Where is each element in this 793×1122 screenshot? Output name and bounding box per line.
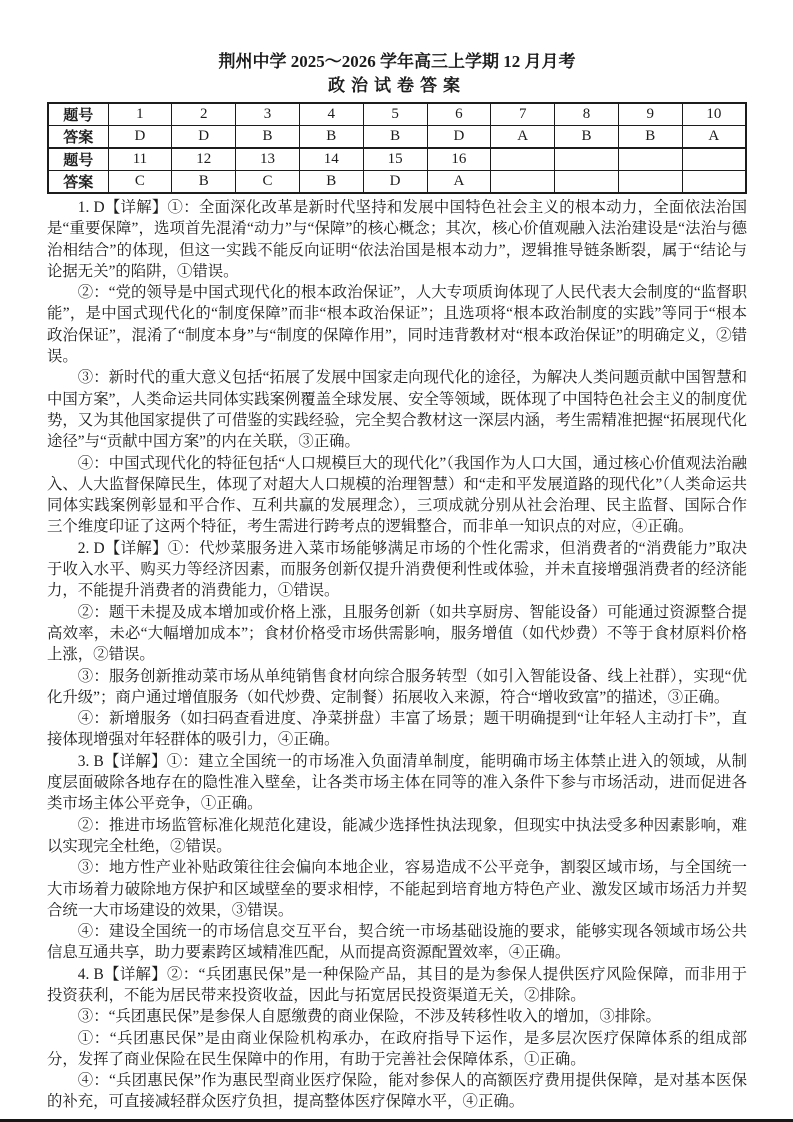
explanation-paragraph: ③：地方性产业补贴政策往往会偏向本地企业，容易造成不公平竞争，割裂区域市场，与全… xyxy=(47,857,747,921)
page-title: 荆州中学 2025～2026 学年高三上学期 12 月月考 xyxy=(47,50,747,74)
answer-cell: B xyxy=(555,126,619,149)
answer-cell xyxy=(682,171,746,194)
answer-cell: C xyxy=(236,171,300,194)
answer-cell: 9 xyxy=(618,103,682,126)
answer-cell xyxy=(618,148,682,171)
explanation-paragraph: ①：“兵团惠民保”是由商业保险机构承办，在政府指导下运作，是多层次医疗保障体系的… xyxy=(47,1028,747,1071)
row-label: 题号 xyxy=(48,148,108,171)
explanation-paragraph: ②：题干未提及成本增加或价格上涨，且服务创新（如共享厨房、智能设备）可能通过资源… xyxy=(47,602,747,666)
answer-cell: A xyxy=(427,171,491,194)
row-label: 题号 xyxy=(48,103,108,126)
explanation-paragraph: ④：“兵团惠民保”作为惠民型商业医疗保险，能对参保人的高额医疗费用提供保障，是对… xyxy=(47,1070,747,1113)
answer-cell: A xyxy=(491,126,555,149)
answer-cell: 14 xyxy=(299,148,363,171)
answer-cell: 15 xyxy=(363,148,427,171)
answer-cell: 12 xyxy=(172,148,236,171)
answer-cell: B xyxy=(236,126,300,149)
answer-cell: C xyxy=(108,171,172,194)
explanation-paragraph: ②：“党的领导是中国式现代化的根本政治保证”，人大专项质询体现了人民代表大会制度… xyxy=(47,282,747,367)
answer-cell xyxy=(555,171,619,194)
explanation-paragraph: 4. B【详解】②：“兵团惠民保”是一种保险产品，其目的是为参保人提供医疗风险保… xyxy=(47,964,747,1007)
table-row: 答案DDBBBDABBA xyxy=(48,126,746,149)
explanation-paragraph: ②：推进市场监管标准化规范化建设，能减少选择性执法现象，但现实中执法受多种因素影… xyxy=(47,815,747,858)
answer-cell: 2 xyxy=(172,103,236,126)
answer-cell: B xyxy=(618,126,682,149)
explanation-paragraph: ④：新增服务（如扫码查看进度、净菜拼盘）丰富了场景；题干明确提到“让年轻人主动打… xyxy=(47,708,747,751)
answer-cell: D xyxy=(427,126,491,149)
answer-cell: 1 xyxy=(108,103,172,126)
row-label: 答案 xyxy=(48,171,108,194)
answer-cell: 8 xyxy=(555,103,619,126)
answer-cell: 7 xyxy=(491,103,555,126)
explanation-paragraph: 3. B【详解】①：建立全国统一的市场准入负面清单制度，能明确市场主体禁止进入的… xyxy=(47,751,747,815)
table-row: 答案CBCBDA xyxy=(48,171,746,194)
answer-cell: 10 xyxy=(682,103,746,126)
answer-table: 题号12345678910答案DDBBBDABBA题号111213141516答… xyxy=(47,102,747,194)
answer-cell: 4 xyxy=(299,103,363,126)
explanation-paragraph: ④：中国式现代化的特征包括“人口规模巨大的现代化”（我国作为人口大国，通过核心价… xyxy=(47,453,747,538)
answer-cell xyxy=(682,148,746,171)
answer-cell: B xyxy=(299,126,363,149)
answer-cell: 11 xyxy=(108,148,172,171)
answer-cell xyxy=(555,148,619,171)
table-row: 题号12345678910 xyxy=(48,103,746,126)
table-row: 题号111213141516 xyxy=(48,148,746,171)
answer-cell: B xyxy=(299,171,363,194)
answer-cell: 13 xyxy=(236,148,300,171)
answer-cell: B xyxy=(363,126,427,149)
answer-cell: A xyxy=(682,126,746,149)
answer-cell xyxy=(491,171,555,194)
answer-cell: B xyxy=(172,171,236,194)
explanation-paragraph: 2. D【详解】①：代炒菜服务进入菜市场能够满足市场的个性化需求，但消费者的“消… xyxy=(47,538,747,602)
explanations: 1. D【详解】①：全面深化改革是新时代坚持和发展中国特色社会主义的根本动力，全… xyxy=(47,197,747,1113)
answer-cell: D xyxy=(363,171,427,194)
explanation-paragraph: ③：新时代的重大意义包括“拓展了发展中国家走向现代化的途径，为解决人类问题贡献中… xyxy=(47,367,747,452)
answer-cell: 5 xyxy=(363,103,427,126)
explanation-paragraph: ③：服务创新推动菜市场从单纯销售食材向综合服务转型（如引入智能设备、线上社群），… xyxy=(47,666,747,709)
answer-cell: D xyxy=(172,126,236,149)
row-label: 答案 xyxy=(48,126,108,149)
explanation-paragraph: 1. D【详解】①：全面深化改革是新时代坚持和发展中国特色社会主义的根本动力，全… xyxy=(47,197,747,282)
exam-answer-page: 荆州中学 2025～2026 学年高三上学期 12 月月考 政治试卷答案 题号1… xyxy=(0,0,793,1122)
answer-cell: D xyxy=(108,126,172,149)
answer-cell xyxy=(491,148,555,171)
answer-cell: 6 xyxy=(427,103,491,126)
explanation-paragraph: ③：“兵团惠民保”是参保人自愿缴费的商业保险，不涉及转移性收入的增加，③排除。 xyxy=(47,1006,747,1027)
answer-table-body: 题号12345678910答案DDBBBDABBA题号111213141516答… xyxy=(48,103,746,193)
answer-cell xyxy=(618,171,682,194)
answer-cell: 16 xyxy=(427,148,491,171)
page-subtitle: 政治试卷答案 xyxy=(47,74,747,98)
answer-cell: 3 xyxy=(236,103,300,126)
explanation-paragraph: ④：建设全国统一的市场信息交互平台，契合统一市场基础设施的要求，能够实现各领域市… xyxy=(47,921,747,964)
